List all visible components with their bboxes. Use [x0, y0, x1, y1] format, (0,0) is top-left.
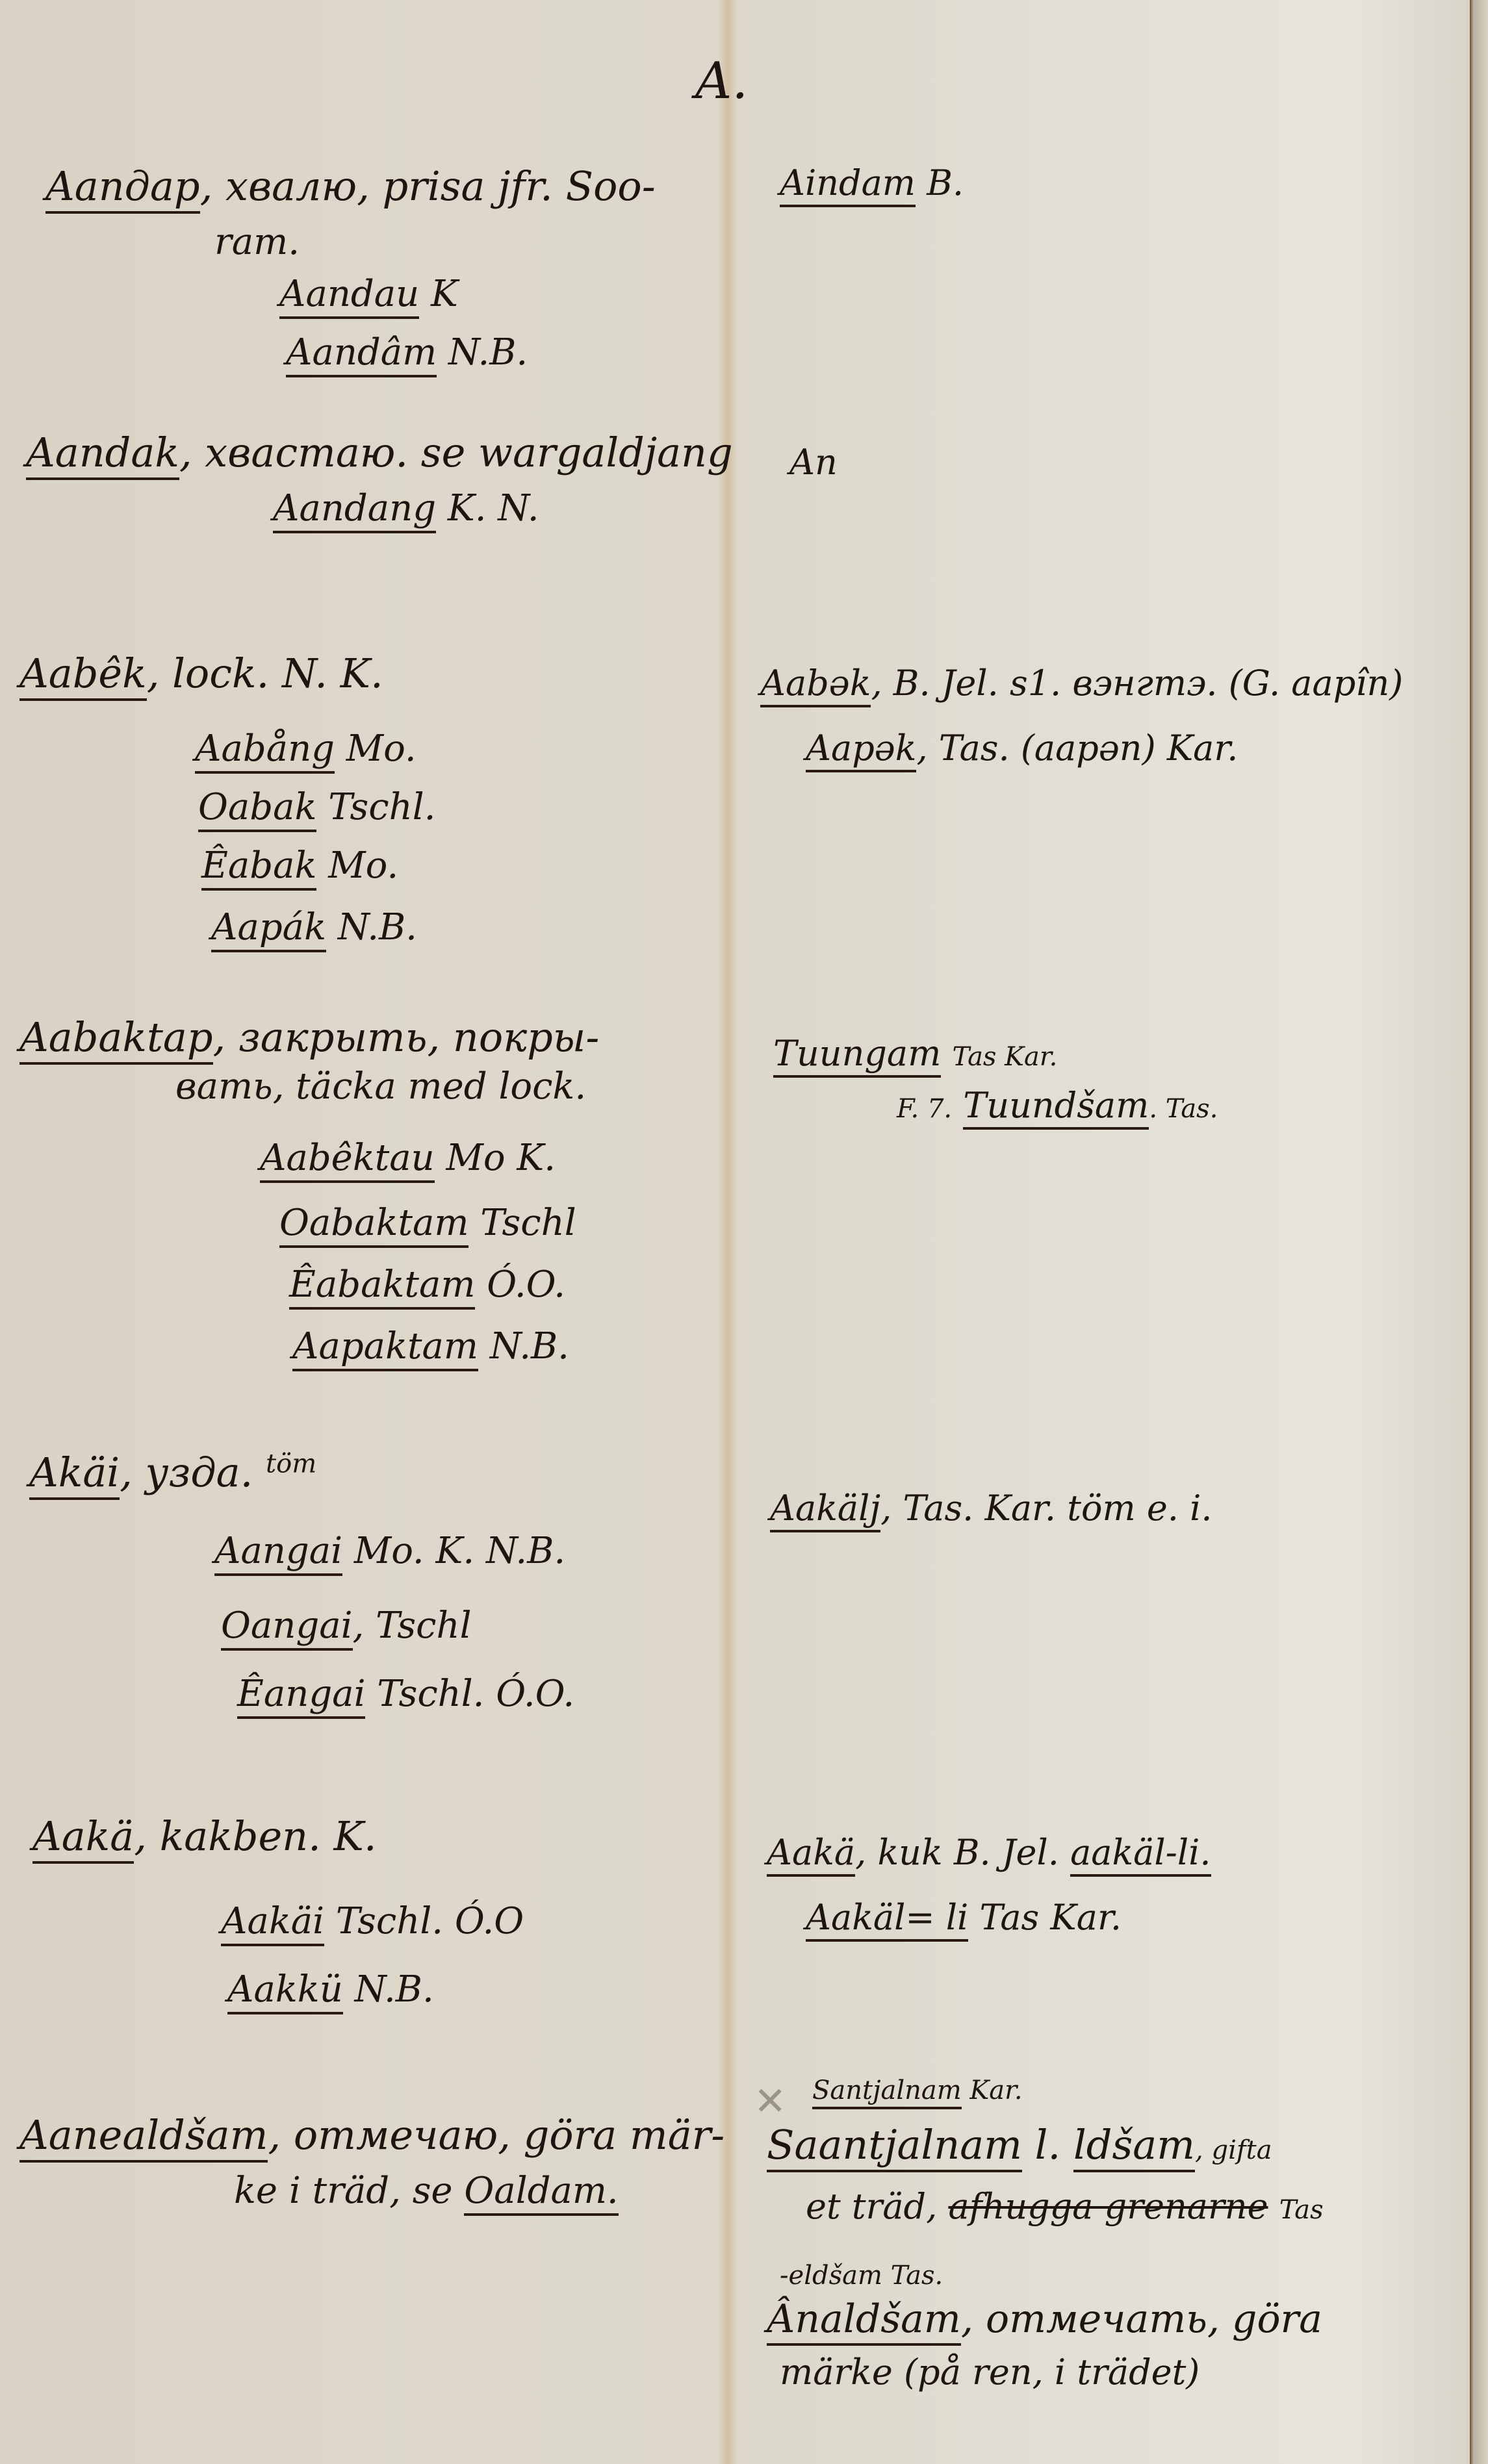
- gloss-superscript: töm: [266, 1449, 316, 1479]
- right-form: Aakäl= li: [806, 1897, 968, 1942]
- right-note: , Tas. (aapən) Kar.: [916, 728, 1238, 768]
- variant-form: Êabaktam: [289, 1264, 475, 1310]
- variant-line: Êabaktam Ó.O.: [289, 1264, 565, 1306]
- entry-headword: Aandak, хвастаю. se wargaldjang: [26, 429, 733, 476]
- cross-reference: Oaldam.: [464, 2170, 618, 2216]
- variant-line: Aapák N.B.: [211, 906, 417, 948]
- right-form: Saantjalnam: [767, 2121, 1022, 2172]
- right-trail: , gifta: [1195, 2135, 1272, 2165]
- right-note: . Tas.: [1149, 1094, 1218, 1124]
- right-note: B.: [927, 162, 964, 203]
- headword-gloss: , хвастаю. se wargaldjang: [179, 429, 733, 476]
- variant-line: Aabêktau Mo K.: [260, 1137, 556, 1179]
- dialect-label: N.B.: [448, 331, 528, 374]
- page-edge: [1470, 0, 1488, 2464]
- right-form: Aapək: [806, 728, 916, 772]
- right-form: märke (på ren, i trädet): [780, 2352, 1199, 2393]
- headword-gloss: , lock. N. K.: [147, 650, 383, 697]
- right-form: Aakälj: [770, 1488, 880, 1532]
- right-note: Tas Kar.: [980, 1897, 1122, 1938]
- headword-text: Aanдap: [45, 162, 200, 214]
- right-note: Kar.: [969, 2076, 1022, 2105]
- variant-form: Aandau: [279, 273, 419, 319]
- right-column-note: An: [789, 442, 838, 483]
- dialect-label: K: [431, 273, 458, 315]
- gloss-continuation: ke i träd, se Oaldam.: [234, 2170, 619, 2212]
- dialect-label: , Tschl: [353, 1605, 472, 1647]
- variant-line: Aangai Mo. K. N.B.: [214, 1530, 565, 1572]
- dialect-label: Tschl.: [328, 786, 435, 828]
- headword-text: Aakä: [32, 1812, 134, 1864]
- variant-form: Aangai: [214, 1530, 342, 1576]
- right-form: Aakä: [767, 1832, 855, 1877]
- variant-form: Oabak: [198, 786, 316, 832]
- right-note: , отмечать, göra: [961, 2296, 1322, 2342]
- headword-gloss: , отмечаю, göra mär-: [268, 2111, 725, 2159]
- right-extra: aakäl-li.: [1070, 1832, 1211, 1877]
- variant-form: Aandang: [273, 487, 436, 533]
- right-form: An: [789, 442, 838, 483]
- section-letter-heading: A.: [695, 52, 748, 110]
- right-column-note: Aabək, B. Jel. s1. вэнгтэ. (G. aapîn): [760, 663, 1403, 704]
- right-column-note: Aakälj, Tas. Kar. töm e. i.: [770, 1488, 1212, 1529]
- dialect-label: Mo.: [346, 728, 417, 770]
- right-column-note: Saantjalnam l. ldšam, gifta: [767, 2121, 1272, 2168]
- entry-headword: Aakä, kakben. K.: [32, 1812, 377, 1860]
- variant-form: Êabak: [201, 845, 316, 891]
- variant-form: Aabång: [195, 728, 335, 774]
- headword-text: Aabaktap: [19, 1013, 213, 1065]
- right-column-note: F. 7. Tuundšam. Tas.: [897, 1085, 1218, 1126]
- variant-form: Aakkü: [227, 1968, 343, 2014]
- right-column-note: Aakä, kuk B. Jel. aakäl-li.: [767, 1832, 1211, 1873]
- right-column-note: -eldšam Tas.: [780, 2261, 943, 2291]
- right-column-note: Aapək, Tas. (aapən) Kar.: [806, 728, 1238, 768]
- dialect-label: Tschl. Ó.O.: [377, 1673, 574, 1715]
- right-note: Tas Kar.: [953, 1042, 1058, 1072]
- right-note: , Tas. Kar. töm e. i.: [880, 1488, 1212, 1529]
- right-form: Aabək: [760, 663, 871, 707]
- entry-headword: Akäi, узда. töm: [29, 1449, 316, 1496]
- right-form: et träd,: [806, 2186, 937, 2227]
- page-fold-stain: [718, 0, 738, 2464]
- right-trail: Tas: [1279, 2195, 1324, 2225]
- dialect-label: Mo K.: [446, 1137, 556, 1179]
- right-column-note: Tuungam Tas Kar.: [773, 1033, 1057, 1074]
- manuscript-page: A. Aanдap, хвалю, prisa jfr. Soo- ram. A…: [0, 0, 1470, 2464]
- entry-headword: Aanealdšam, отмечаю, göra mär-: [19, 2111, 725, 2159]
- headword-text: Aandak: [26, 429, 179, 480]
- headword-gloss: , хвалю, prisa jfr. Soo-: [200, 162, 656, 210]
- dialect-label: N.B.: [338, 906, 417, 948]
- headword-gloss: , kakben. K.: [134, 1812, 376, 1860]
- right-form: Tuundšam: [963, 1085, 1149, 1130]
- headword-gloss: , узда.: [120, 1449, 253, 1496]
- right-note: , kuk B. Jel.: [855, 1832, 1059, 1873]
- right-form: Ânaldšam: [767, 2296, 961, 2346]
- right-column-note: et träd, afhugga grenarne Tas: [806, 2186, 1324, 2227]
- variant-form: Oangai: [221, 1605, 353, 1651]
- dialect-label: K. N.: [448, 487, 539, 529]
- right-column-note: märke (på ren, i trädet): [780, 2352, 1199, 2393]
- dialect-label: Mo. K. N.B.: [354, 1530, 565, 1572]
- right-column-note: Santjalnam Kar.: [812, 2076, 1023, 2105]
- entry-headword: Aabêk, lock. N. K.: [19, 650, 383, 697]
- variant-form: Aapaktam: [292, 1325, 478, 1371]
- right-column-note: Aakäl= li Tas Kar.: [806, 1897, 1122, 1938]
- variant-line: Êabak Mo.: [201, 845, 398, 887]
- variant-form: Aabêktau: [260, 1137, 435, 1183]
- variant-line: Aandang K. N.: [273, 487, 539, 529]
- gloss-continuation: вать, täcka med lock.: [175, 1065, 586, 1108]
- right-extra: ldšam: [1073, 2121, 1195, 2172]
- variant-line: Êangai Tschl. Ó.O.: [237, 1673, 574, 1715]
- variant-line: Aakkü N.B.: [227, 1968, 434, 2011]
- dialect-label: N.B.: [355, 1968, 434, 2011]
- variant-line: Aandau K: [279, 273, 458, 315]
- dialect-label: Tschl: [480, 1202, 576, 1244]
- headword-text: Aanealdšam: [19, 2111, 268, 2163]
- right-form: Aindam: [780, 162, 916, 207]
- entry-headword: Aanдap, хвалю, prisa jfr. Soo-: [45, 162, 656, 210]
- variant-form: Aakäi: [221, 1900, 324, 1946]
- dialect-label: Ó.O.: [487, 1264, 565, 1306]
- variant-line: Aapaktam N.B.: [292, 1325, 569, 1367]
- entry-headword: Aabaktap, закрыть, покры-: [19, 1013, 599, 1061]
- variant-line: Aandâm N.B.: [286, 331, 528, 374]
- right-form: Tuungam: [773, 1033, 941, 1078]
- variant-form: Oabaktam: [279, 1202, 468, 1248]
- variant-line: Oabak Tschl.: [198, 786, 435, 828]
- cross-mark-icon: ✕: [754, 2079, 786, 2124]
- variant-line: Aakäi Tschl. Ó.O: [221, 1900, 524, 1942]
- right-prefix: F. 7.: [897, 1094, 952, 1124]
- dialect-label: Mo.: [328, 845, 398, 887]
- right-note: , B. Jel. s1. вэнгтэ. (G. aapîn): [871, 663, 1403, 704]
- variant-line: Aabång Mo.: [195, 728, 417, 770]
- dialect-label: Tschl. Ó.O: [336, 1900, 524, 1942]
- right-column-note: Aindam B.: [780, 162, 964, 203]
- headword-gloss: , закрыть, покры-: [213, 1013, 600, 1061]
- right-form: Santjalnam: [812, 2076, 962, 2109]
- headword-text: Akäi: [29, 1449, 120, 1500]
- gloss-continuation: ram.: [214, 221, 300, 263]
- struck-text: afhugga grenarne: [948, 2186, 1268, 2227]
- right-note: l.: [1035, 2121, 1061, 2168]
- gloss-cont-text: ke i träd, se: [234, 2170, 453, 2212]
- right-column-note: Ânaldšam, отмечать, göra: [767, 2296, 1322, 2342]
- variant-form: Êangai: [237, 1673, 365, 1719]
- right-form: -eldšam Tas.: [780, 2261, 943, 2291]
- variant-line: Oangai, Tschl: [221, 1605, 471, 1647]
- variant-form: Aapák: [211, 906, 326, 952]
- variant-form: Aandâm: [286, 331, 437, 377]
- dialect-label: N.B.: [490, 1325, 569, 1367]
- variant-line: Oabaktam Tschl: [279, 1202, 576, 1244]
- headword-text: Aabêk: [19, 650, 147, 701]
